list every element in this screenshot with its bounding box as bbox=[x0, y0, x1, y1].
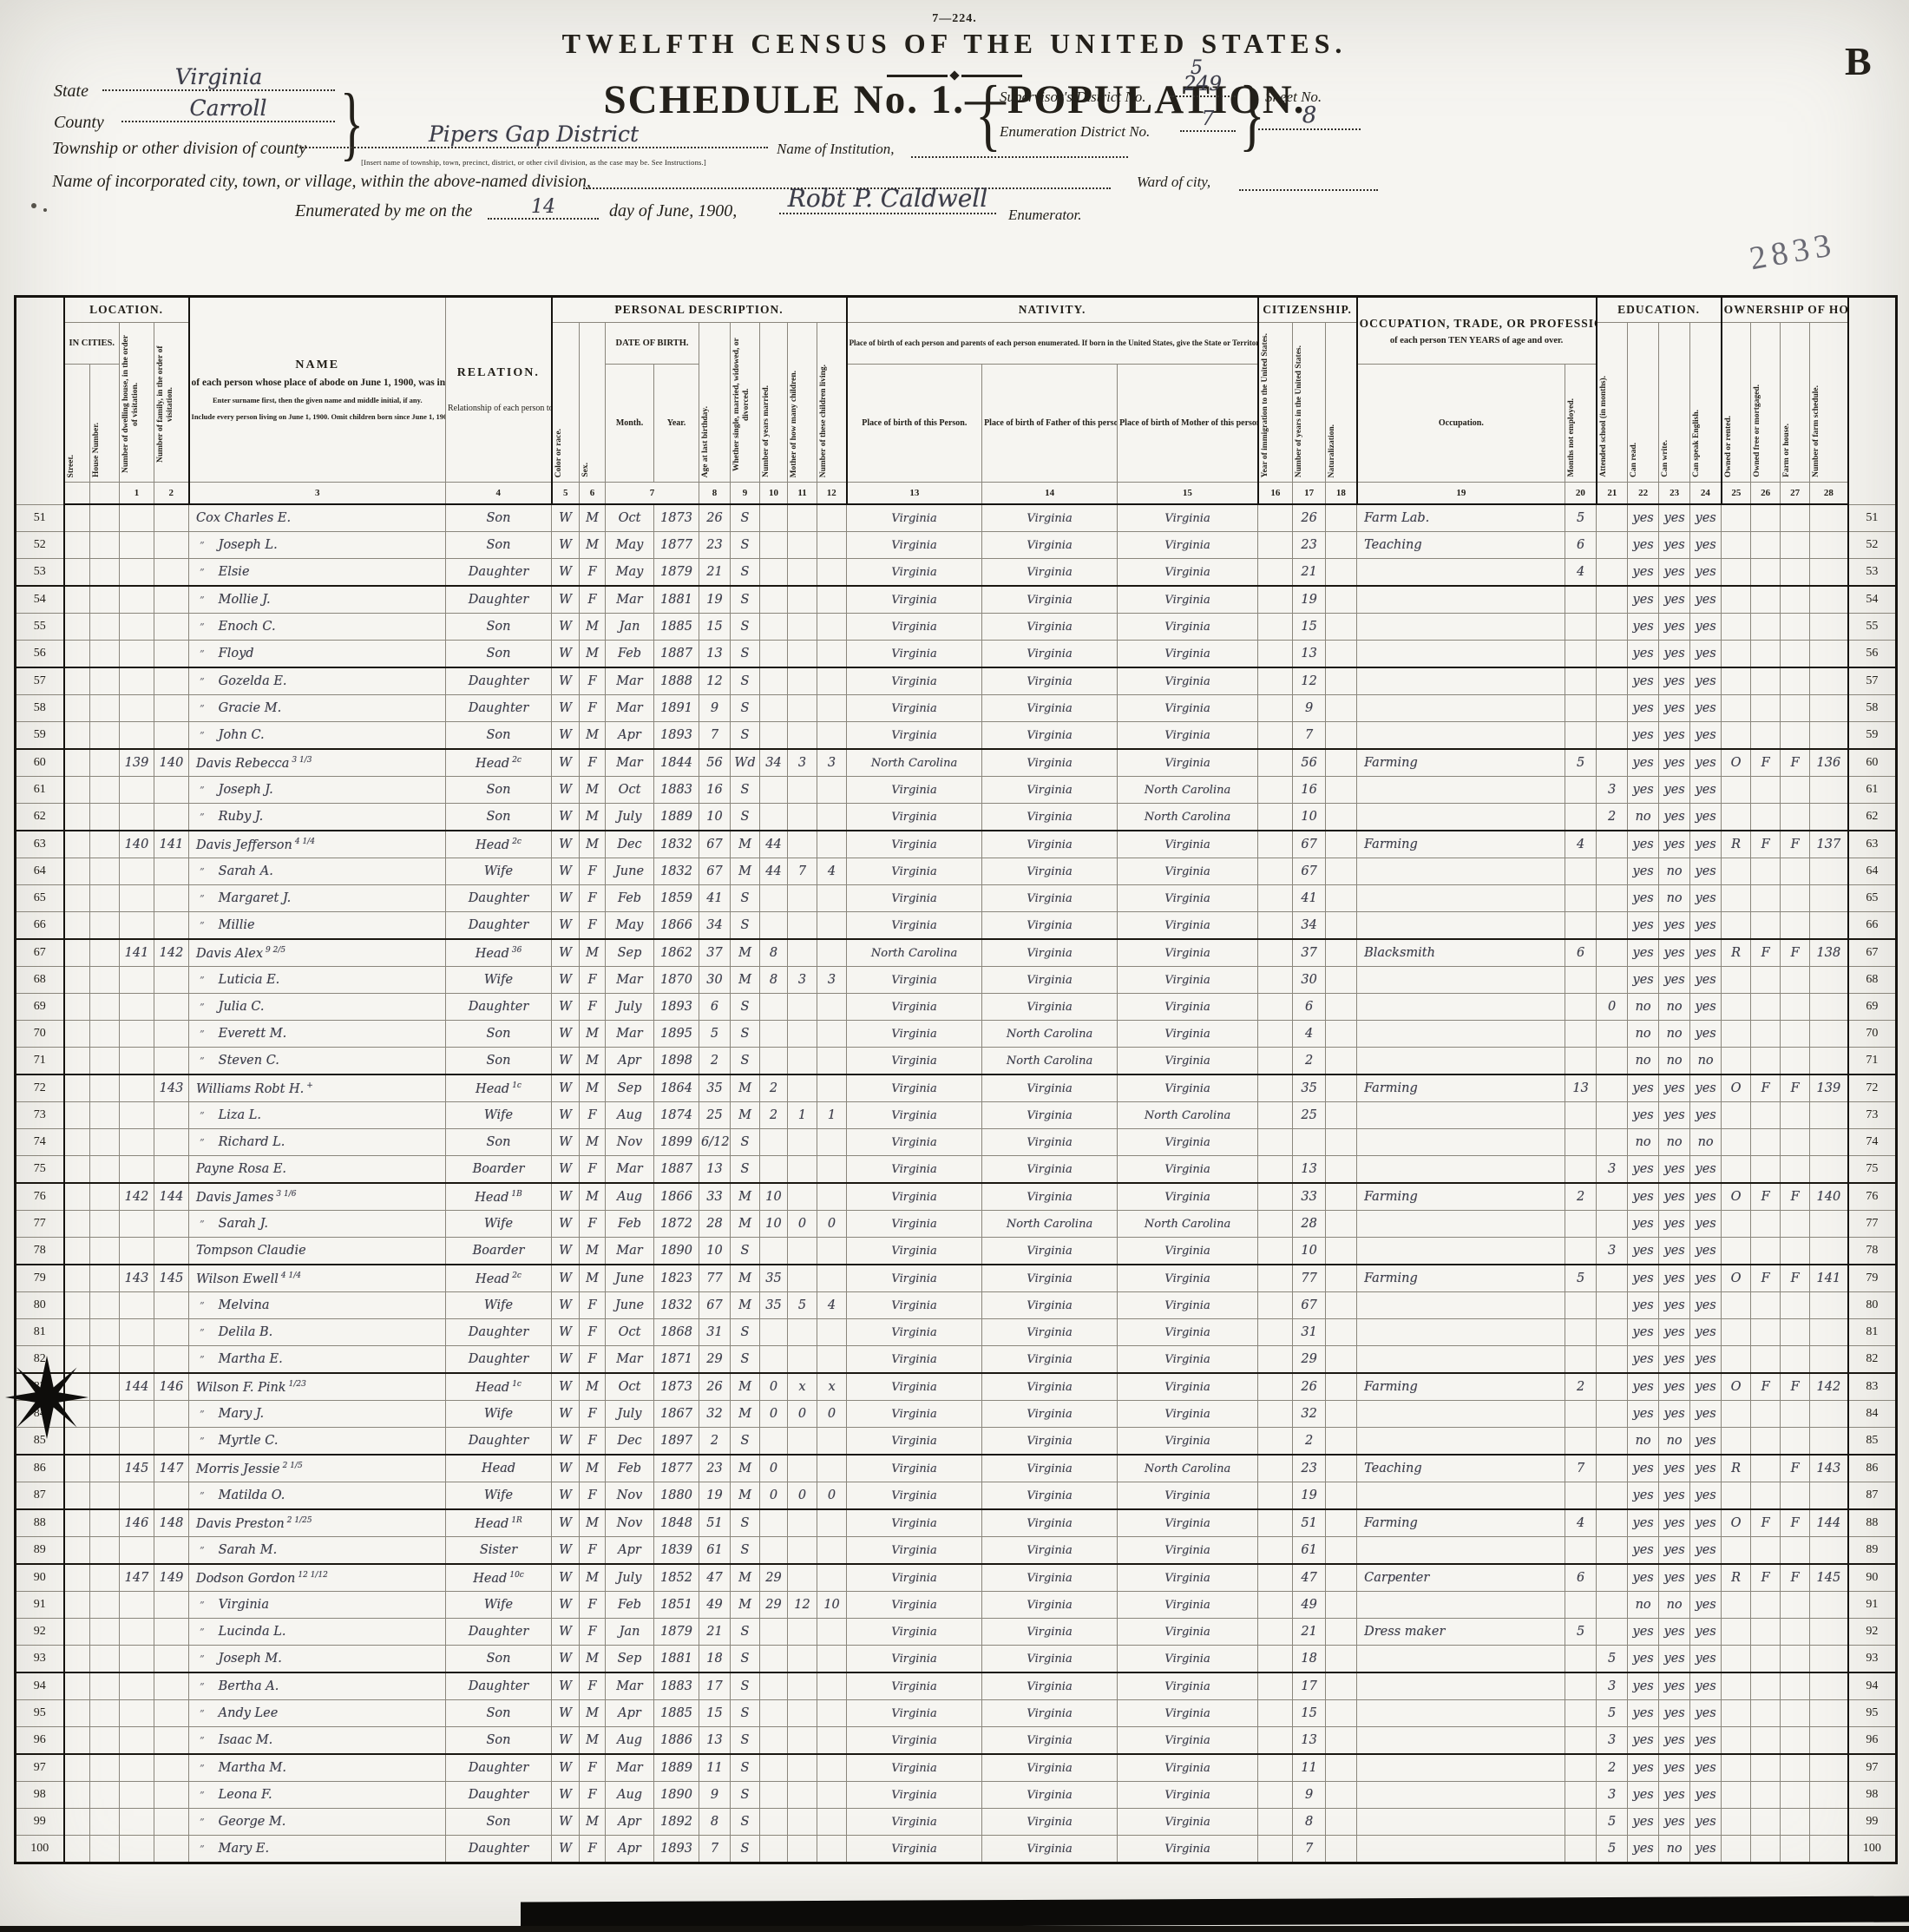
occupation-cell bbox=[1357, 695, 1565, 722]
birth-month-cell: June bbox=[606, 1292, 654, 1319]
dwelling-number-cell bbox=[120, 804, 154, 831]
months-not-employed-cell bbox=[1565, 667, 1597, 695]
birthplace-father-cell: Virginia bbox=[982, 1183, 1118, 1211]
occupation-cell bbox=[1357, 1129, 1565, 1156]
can-read-cell: yes bbox=[1628, 1809, 1659, 1836]
can-read-cell: no bbox=[1628, 1592, 1659, 1619]
sex-cell: F bbox=[580, 1619, 606, 1646]
years-married-cell bbox=[760, 1238, 788, 1265]
years-married-cell: 44 bbox=[760, 858, 788, 885]
house-number-cell bbox=[90, 777, 120, 804]
sex-cell: M bbox=[580, 504, 606, 532]
row-number-left: 67 bbox=[16, 939, 64, 967]
birth-year-cell: 1839 bbox=[654, 1537, 699, 1565]
street-cell bbox=[64, 614, 90, 641]
years-in-us-cell: 13 bbox=[1293, 641, 1326, 668]
birth-month-cell: July bbox=[606, 804, 654, 831]
immigration-year-cell bbox=[1258, 912, 1293, 940]
birthplace-father-cell: Virginia bbox=[982, 722, 1118, 750]
sex-cell: M bbox=[580, 1183, 606, 1211]
row-number-right: 75 bbox=[1848, 1156, 1897, 1184]
birth-month-cell: Apr bbox=[606, 1700, 654, 1727]
marital-status-cell: S bbox=[731, 1782, 760, 1809]
house-number-cell bbox=[90, 912, 120, 940]
can-write-cell: yes bbox=[1659, 641, 1690, 668]
house-number-cell bbox=[90, 1346, 120, 1374]
farm-house-cell bbox=[1781, 777, 1810, 804]
years-in-us-cell: 37 bbox=[1293, 939, 1326, 967]
months-not-employed-cell: 4 bbox=[1565, 559, 1597, 587]
row-number-gutter-right bbox=[1848, 297, 1897, 505]
can-write-cell: yes bbox=[1659, 912, 1690, 940]
mother-children-cell bbox=[788, 1782, 817, 1809]
farm-schedule-cell bbox=[1810, 667, 1848, 695]
street-cell bbox=[64, 667, 90, 695]
farm-house-cell bbox=[1781, 858, 1810, 885]
name-cell: Tompson Claudie bbox=[189, 1238, 446, 1265]
farm-schedule-cell bbox=[1810, 1319, 1848, 1346]
name-cell: ”Joseph L. bbox=[189, 532, 446, 559]
naturalization-cell bbox=[1326, 939, 1357, 967]
years-married-cell: 34 bbox=[760, 749, 788, 777]
can-write-cell: yes bbox=[1659, 749, 1690, 777]
years-married-cell: 44 bbox=[760, 831, 788, 858]
speak-english-cell: yes bbox=[1690, 1537, 1722, 1565]
attended-school-cell bbox=[1597, 1455, 1628, 1482]
farm-schedule-cell bbox=[1810, 1238, 1848, 1265]
row-number-right: 56 bbox=[1848, 641, 1897, 668]
speak-english-cell: yes bbox=[1690, 804, 1722, 831]
farm-schedule-cell: 136 bbox=[1810, 749, 1848, 777]
years-married-cell bbox=[760, 1048, 788, 1075]
birthplace-father-cell: North Carolina bbox=[982, 1211, 1118, 1238]
attended-school-cell: 3 bbox=[1597, 1672, 1628, 1700]
children-living-cell bbox=[817, 695, 847, 722]
relation-cell: Daughter bbox=[446, 695, 552, 722]
months-not-employed-cell bbox=[1565, 804, 1597, 831]
row-number-right: 69 bbox=[1848, 994, 1897, 1021]
birthplace-mother-cell: North Carolina bbox=[1118, 1211, 1258, 1238]
can-read-cell: yes bbox=[1628, 749, 1659, 777]
mother-children-cell bbox=[788, 1727, 817, 1755]
farm-house-cell bbox=[1781, 1619, 1810, 1646]
children-living-cell bbox=[817, 885, 847, 912]
years-married-cell bbox=[760, 1782, 788, 1809]
can-read-cell: yes bbox=[1628, 667, 1659, 695]
immigration-year-cell bbox=[1258, 695, 1293, 722]
occupation-cell: Dress maker bbox=[1357, 1619, 1565, 1646]
row-number-right: 87 bbox=[1848, 1482, 1897, 1510]
naturalization-cell bbox=[1326, 667, 1357, 695]
birthplace-mother-cell: Virginia bbox=[1118, 858, 1258, 885]
birthplace-mother-cell: Virginia bbox=[1118, 1672, 1258, 1700]
attended-school-cell bbox=[1597, 614, 1628, 641]
birth-year-cell: 1852 bbox=[654, 1564, 699, 1592]
birthplace-mother-cell: Virginia bbox=[1118, 1754, 1258, 1782]
house-number-cell bbox=[90, 695, 120, 722]
attended-school-cell bbox=[1597, 967, 1628, 994]
birth-month-cell: Sep bbox=[606, 1646, 654, 1673]
naturalization-cell bbox=[1326, 1592, 1357, 1619]
speak-english-cell: yes bbox=[1690, 885, 1722, 912]
can-read-cell: yes bbox=[1628, 614, 1659, 641]
children-living-cell bbox=[817, 1074, 847, 1102]
free-mortgaged-cell bbox=[1751, 586, 1781, 614]
naturalization-cell bbox=[1326, 614, 1357, 641]
owned-rented-cell bbox=[1722, 1428, 1751, 1456]
name-cell: ”Martha M. bbox=[189, 1754, 446, 1782]
col-num: 16 bbox=[1258, 483, 1293, 505]
house-number-cell bbox=[90, 1564, 120, 1592]
can-read-cell: yes bbox=[1628, 695, 1659, 722]
birth-year-cell: 1823 bbox=[654, 1265, 699, 1292]
birth-year-cell: 1851 bbox=[654, 1592, 699, 1619]
speak-english-cell: no bbox=[1690, 1129, 1722, 1156]
color-cell: W bbox=[552, 559, 580, 587]
age-cell: 2 bbox=[699, 1428, 731, 1456]
years-married-cell bbox=[760, 1346, 788, 1374]
farm-house-cell bbox=[1781, 1782, 1810, 1809]
birth-year-cell: 1880 bbox=[654, 1482, 699, 1510]
free-mortgaged-cell: F bbox=[1751, 1373, 1781, 1401]
birth-year-cell: 1887 bbox=[654, 1156, 699, 1184]
name-cell: Williams Robt H.+ bbox=[189, 1074, 446, 1102]
children-living-cell bbox=[817, 1319, 847, 1346]
can-write-cell: yes bbox=[1659, 1211, 1690, 1238]
free-mortgaged-cell bbox=[1751, 504, 1781, 532]
immigration-year-cell bbox=[1258, 967, 1293, 994]
birth-month-cell: Aug bbox=[606, 1782, 654, 1809]
children-living-cell: x bbox=[817, 1373, 847, 1401]
mother-children-cell bbox=[788, 1021, 817, 1048]
can-read-cell: no bbox=[1628, 1428, 1659, 1456]
naturalization-cell bbox=[1326, 1074, 1357, 1102]
col-num: 1 bbox=[120, 483, 154, 505]
age-cell: 23 bbox=[699, 532, 731, 559]
years-married-cell bbox=[760, 1129, 788, 1156]
can-read-cell: yes bbox=[1628, 1836, 1659, 1863]
years-married-cell: 2 bbox=[760, 1102, 788, 1129]
birth-month-cell: Mar bbox=[606, 749, 654, 777]
children-living-cell: 10 bbox=[817, 1592, 847, 1619]
years-in-us-cell: 9 bbox=[1293, 695, 1326, 722]
sex-cell: F bbox=[580, 858, 606, 885]
age-cell: 21 bbox=[699, 1619, 731, 1646]
attended-school-cell: 3 bbox=[1597, 777, 1628, 804]
speak-english-cell: yes bbox=[1690, 1646, 1722, 1673]
birth-year-cell: 1862 bbox=[654, 939, 699, 967]
birthplace-person-cell: Virginia bbox=[847, 858, 982, 885]
family-number-cell bbox=[154, 1700, 189, 1727]
months-not-employed-cell bbox=[1565, 1048, 1597, 1075]
birthplace-mother-cell: Virginia bbox=[1118, 1292, 1258, 1319]
relation-cell: Daughter bbox=[446, 1619, 552, 1646]
naturalization-cell bbox=[1326, 1183, 1357, 1211]
name-cell: ”Andy Lee bbox=[189, 1700, 446, 1727]
relation-cell: Head1c bbox=[446, 1074, 552, 1102]
farm-house-cell bbox=[1781, 1021, 1810, 1048]
birthplace-mother-cell: Virginia bbox=[1118, 1700, 1258, 1727]
marital-status-cell: S bbox=[731, 885, 760, 912]
marital-status-cell: S bbox=[731, 994, 760, 1021]
naturalization-cell bbox=[1326, 1428, 1357, 1456]
birthplace-mother-cell: Virginia bbox=[1118, 885, 1258, 912]
birthplace-mother-cell: Virginia bbox=[1118, 641, 1258, 668]
occupation-cell bbox=[1357, 1727, 1565, 1755]
farm-house-cell bbox=[1781, 1592, 1810, 1619]
dwelling-number-cell bbox=[120, 1346, 154, 1374]
birthplace-mother-cell: Virginia bbox=[1118, 912, 1258, 940]
mother-children-cell bbox=[788, 1672, 817, 1700]
relation-cell: Daughter bbox=[446, 1346, 552, 1374]
marital-status-cell: M bbox=[731, 1102, 760, 1129]
years-married-cell: 35 bbox=[760, 1265, 788, 1292]
birthplace-person-cell: Virginia bbox=[847, 1754, 982, 1782]
dwelling-number-cell bbox=[120, 1211, 154, 1238]
months-not-employed-cell: 2 bbox=[1565, 1373, 1597, 1401]
occupation-cell: Farming bbox=[1357, 1373, 1565, 1401]
street-cell bbox=[64, 1836, 90, 1863]
street-cell bbox=[64, 939, 90, 967]
speak-english-cell: yes bbox=[1690, 1428, 1722, 1456]
can-read-cell: yes bbox=[1628, 1292, 1659, 1319]
occupation-cell bbox=[1357, 777, 1565, 804]
farm-house-cell bbox=[1781, 695, 1810, 722]
dwelling-number-cell: 143 bbox=[120, 1265, 154, 1292]
naturalization-cell bbox=[1326, 777, 1357, 804]
attended-school-cell: 2 bbox=[1597, 804, 1628, 831]
can-write-cell: yes bbox=[1659, 967, 1690, 994]
col-num: 8 bbox=[699, 483, 731, 505]
children-living-cell bbox=[817, 1428, 847, 1456]
sex-cell: F bbox=[580, 912, 606, 940]
street-cell bbox=[64, 1074, 90, 1102]
birth-year-cell: 1898 bbox=[654, 1048, 699, 1075]
free-mortgaged-cell: F bbox=[1751, 1265, 1781, 1292]
birthplace-person-cell: Virginia bbox=[847, 994, 982, 1021]
relation-column-head: RELATION. Relationship of each person to… bbox=[446, 297, 552, 483]
farm-house-cell bbox=[1781, 1319, 1810, 1346]
sex-cell: F bbox=[580, 994, 606, 1021]
farm-schedule-cell bbox=[1810, 1727, 1848, 1755]
nativity-description: Place of birth of each person and parent… bbox=[847, 323, 1258, 365]
street-cell bbox=[64, 749, 90, 777]
owned-rented-cell bbox=[1722, 667, 1751, 695]
years-in-us-cell: 41 bbox=[1293, 885, 1326, 912]
relation-cell: Head36 bbox=[446, 939, 552, 967]
name-cell: ”Delila B. bbox=[189, 1319, 446, 1346]
naturalization-cell bbox=[1326, 1401, 1357, 1428]
street-cell bbox=[64, 1265, 90, 1292]
birth-month-cell: Sep bbox=[606, 1074, 654, 1102]
years-married-cell bbox=[760, 532, 788, 559]
children-living-cell bbox=[817, 1700, 847, 1727]
name-cell: ”Isaac M. bbox=[189, 1727, 446, 1755]
row-number-gutter-left bbox=[16, 297, 64, 505]
birthplace-person-cell: Virginia bbox=[847, 1537, 982, 1565]
color-cell: W bbox=[552, 777, 580, 804]
birthplace-person-cell: Virginia bbox=[847, 1156, 982, 1184]
can-write-cell: yes bbox=[1659, 559, 1690, 587]
mother-children-cell: 3 bbox=[788, 749, 817, 777]
speak-english-cell: yes bbox=[1690, 1700, 1722, 1727]
name-cell: ”Gracie M. bbox=[189, 695, 446, 722]
owned-rented-cell bbox=[1722, 532, 1751, 559]
owned-rented-cell bbox=[1722, 994, 1751, 1021]
farm-house-cell bbox=[1781, 804, 1810, 831]
mother-children-cell bbox=[788, 1074, 817, 1102]
years-in-us-cell: 13 bbox=[1293, 1156, 1326, 1184]
attended-school-cell bbox=[1597, 1211, 1628, 1238]
birthplace-father-cell: Virginia bbox=[982, 1646, 1118, 1673]
farm-schedule-cell bbox=[1810, 1619, 1848, 1646]
sex-cell: M bbox=[580, 1074, 606, 1102]
can-write-cell: yes bbox=[1659, 1373, 1690, 1401]
mother-children-cell bbox=[788, 1428, 817, 1456]
family-number-cell: 145 bbox=[154, 1265, 189, 1292]
birth-year-cell: 1844 bbox=[654, 749, 699, 777]
months-not-employed-cell bbox=[1565, 1129, 1597, 1156]
age-cell: 11 bbox=[699, 1754, 731, 1782]
sex-cell: F bbox=[580, 967, 606, 994]
attended-school-cell bbox=[1597, 722, 1628, 750]
name-cell: Wilson F. Pink1/23 bbox=[189, 1373, 446, 1401]
farm-schedule-cell bbox=[1810, 532, 1848, 559]
birthplace-mother-cell: Virginia bbox=[1118, 1238, 1258, 1265]
birthplace-father-cell: Virginia bbox=[982, 858, 1118, 885]
enumerator-label: Enumerator. bbox=[1008, 207, 1082, 224]
marital-status-cell: S bbox=[731, 1700, 760, 1727]
can-read-cell: yes bbox=[1628, 831, 1659, 858]
row-number-left: 95 bbox=[16, 1700, 64, 1727]
birthplace-mother-head: Place of birth of Mother of this person. bbox=[1118, 365, 1258, 483]
supervisor-label: Supervisor's District No. bbox=[1000, 89, 1145, 106]
color-cell: W bbox=[552, 967, 580, 994]
family-number-cell: 148 bbox=[154, 1509, 189, 1537]
nativity-group-title: NATIVITY. bbox=[850, 303, 1256, 317]
attended-school-cell bbox=[1597, 858, 1628, 885]
speak-english-cell: yes bbox=[1690, 1564, 1722, 1592]
row-number-right: 71 bbox=[1848, 1048, 1897, 1075]
free-mortgaged-cell bbox=[1751, 1455, 1781, 1482]
house-number-cell bbox=[90, 1809, 120, 1836]
free-mortgaged-cell: F bbox=[1751, 1564, 1781, 1592]
marital-status-cell: M bbox=[731, 1401, 760, 1428]
mother-children-cell: 7 bbox=[788, 858, 817, 885]
immigration-year-cell bbox=[1258, 1074, 1293, 1102]
children-living-cell: 1 bbox=[817, 1102, 847, 1129]
farm-house-cell: F bbox=[1781, 1564, 1810, 1592]
family-number-cell bbox=[154, 1048, 189, 1075]
free-mortgaged-head: Owned free or mortgaged. bbox=[1751, 323, 1781, 483]
name-cell: ”Gozelda E. bbox=[189, 667, 446, 695]
mother-children-cell bbox=[788, 1265, 817, 1292]
relation-cell: Son bbox=[446, 777, 552, 804]
mother-children-cell bbox=[788, 532, 817, 559]
row-number-right: 96 bbox=[1848, 1727, 1897, 1755]
col-num: 6 bbox=[580, 483, 606, 505]
color-cell: W bbox=[552, 1482, 580, 1510]
birthplace-mother-cell: Virginia bbox=[1118, 749, 1258, 777]
farm-schedule-cell bbox=[1810, 1129, 1848, 1156]
row-number-right: 76 bbox=[1848, 1183, 1897, 1211]
can-read-cell: yes bbox=[1628, 586, 1659, 614]
occupation-cell bbox=[1357, 1428, 1565, 1456]
row-number-left: 100 bbox=[16, 1836, 64, 1863]
months-not-employed-cell: 5 bbox=[1565, 504, 1597, 532]
farm-schedule-cell bbox=[1810, 967, 1848, 994]
attended-school-cell: 3 bbox=[1597, 1238, 1628, 1265]
children-living-cell: 0 bbox=[817, 1211, 847, 1238]
birth-year-cell: 1881 bbox=[654, 1646, 699, 1673]
immigration-year-cell bbox=[1258, 1646, 1293, 1673]
mother-children-cell: 5 bbox=[788, 1292, 817, 1319]
owned-rented-cell bbox=[1722, 1211, 1751, 1238]
naturalization-cell bbox=[1326, 586, 1357, 614]
street-cell bbox=[64, 1754, 90, 1782]
years-in-us-cell: 23 bbox=[1293, 1455, 1326, 1482]
house-number-cell bbox=[90, 1319, 120, 1346]
years-in-us-cell: 8 bbox=[1293, 1809, 1326, 1836]
owned-rented-cell bbox=[1722, 777, 1751, 804]
sex-cell: F bbox=[580, 1346, 606, 1374]
age-cell: 26 bbox=[699, 1373, 731, 1401]
immigration-year-cell bbox=[1258, 614, 1293, 641]
can-read-cell: yes bbox=[1628, 1619, 1659, 1646]
years-married-cell: 0 bbox=[760, 1455, 788, 1482]
street-cell bbox=[64, 1564, 90, 1592]
immigration-year-cell bbox=[1258, 1619, 1293, 1646]
months-not-employed-cell: 4 bbox=[1565, 1509, 1597, 1537]
house-number-head: House Number. bbox=[90, 365, 120, 483]
birthplace-father-cell: Virginia bbox=[982, 1592, 1118, 1619]
children-living-cell: 4 bbox=[817, 858, 847, 885]
occupation-cell bbox=[1357, 912, 1565, 940]
birth-month-cell: Dec bbox=[606, 831, 654, 858]
color-cell: W bbox=[552, 1754, 580, 1782]
col-num: 10 bbox=[760, 483, 788, 505]
marital-status-cell: S bbox=[731, 1646, 760, 1673]
owned-rented-cell bbox=[1722, 1319, 1751, 1346]
birthplace-person-cell: Virginia bbox=[847, 1129, 982, 1156]
naturalization-cell bbox=[1326, 1836, 1357, 1863]
can-read-cell: yes bbox=[1628, 1646, 1659, 1673]
marital-status-cell: S bbox=[731, 695, 760, 722]
owned-rented-cell bbox=[1722, 1700, 1751, 1727]
ownership-group-title: OWNERSHIP OF HOME. bbox=[1724, 303, 1846, 317]
color-cell: W bbox=[552, 1592, 580, 1619]
birthplace-person-cell: Virginia bbox=[847, 1646, 982, 1673]
dwelling-number-cell: 142 bbox=[120, 1183, 154, 1211]
family-number-cell bbox=[154, 1482, 189, 1510]
occupation-cell bbox=[1357, 885, 1565, 912]
farm-house-cell: F bbox=[1781, 1509, 1810, 1537]
occupation-cell bbox=[1357, 1319, 1565, 1346]
speak-english-cell: yes bbox=[1690, 858, 1722, 885]
owned-rented-cell bbox=[1722, 504, 1751, 532]
dwelling-number-cell bbox=[120, 885, 154, 912]
years-in-us-cell: 61 bbox=[1293, 1537, 1326, 1565]
birthplace-father-cell: Virginia bbox=[982, 1509, 1118, 1537]
birth-year-cell: 1897 bbox=[654, 1428, 699, 1456]
form-header: 7—224. TWELFTH CENSUS OF THE UNITED STAT… bbox=[0, 0, 1909, 295]
can-write-cell: yes bbox=[1659, 1564, 1690, 1592]
years-married-cell: 0 bbox=[760, 1401, 788, 1428]
farm-schedule-cell: 145 bbox=[1810, 1564, 1848, 1592]
months-not-employed-cell bbox=[1565, 994, 1597, 1021]
birthplace-person-cell: Virginia bbox=[847, 559, 982, 587]
name-cell: ”George M. bbox=[189, 1809, 446, 1836]
